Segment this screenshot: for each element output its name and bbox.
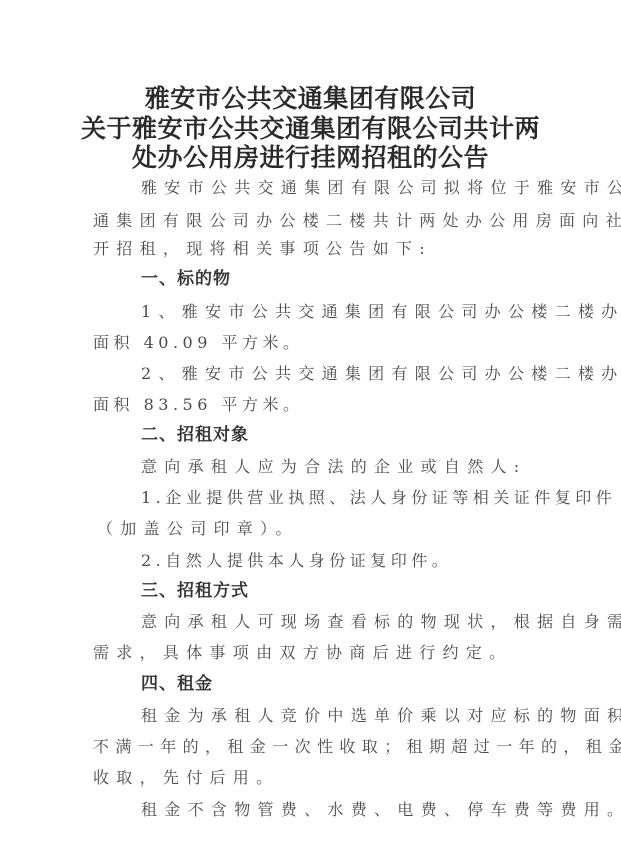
method-line-1: 意向承租人可现场查看标的物现状，根据自身需要提出 — [141, 610, 581, 634]
section-heading-method: 三、招租方式 — [141, 579, 249, 603]
document-page: 雅安市公共交通集团有限公司 关于雅安市公共交通集团有限公司共计两 处办公用房进行… — [0, 0, 621, 852]
property-1-line-1: 1、雅安市公共交通集团有限公司办公楼二楼办公室， — [141, 300, 581, 324]
rent-line-2: 不满一年的，租金一次性收取；租期超过一年的，租金按年 — [93, 735, 533, 759]
property-2-area: 面积 83.56 平方米。 — [93, 393, 533, 417]
rent-line-1: 租金为承租人竞价中选单价乘以对应标的物面积。租期 — [141, 704, 581, 728]
target-line-1: 意向承租人应为合法的企业或自然人: — [141, 455, 581, 479]
section-heading-rent: 四、租金 — [141, 672, 213, 696]
section-heading-target: 二、招租对象 — [141, 423, 249, 447]
target-line-3: （加盖公司印章）。 — [97, 517, 537, 541]
target-line-2: 1.企业提供营业执照、法人身份证等相关证件复印件 — [141, 486, 581, 510]
property-1-area: 面积 40.09 平方米。 — [93, 331, 533, 355]
section-heading-subject: 一、标的物 — [141, 267, 231, 291]
intro-line-1: 雅安市公共交通集团有限公司拟将位于雅安市公共交 — [141, 176, 581, 200]
intro-line-3: 开招租，现将相关事项公告如下: — [93, 237, 533, 261]
title-line-2: 关于雅安市公共交通集团有限公司共计两 — [0, 114, 621, 144]
property-2-line-1: 2、雅安市公共交通集团有限公司办公楼二楼办公室， — [141, 362, 581, 386]
title-line-3: 处办公用房进行挂网招租的公告 — [0, 143, 621, 173]
rent-line-3: 收取，先付后用。 — [93, 766, 533, 790]
target-line-4: 2.自然人提供本人身份证复印件。 — [141, 549, 581, 573]
title-company: 雅安市公共交通集团有限公司 — [0, 84, 621, 114]
rent-line-4: 租金不含物管费、水费、电费、停车费等费用。 — [141, 798, 581, 822]
intro-line-2: 通集团有限公司办公楼二楼共计两处办公用房面向社会公 — [93, 209, 533, 233]
method-line-2: 需求，具体事项由双方协商后进行约定。 — [93, 641, 533, 665]
